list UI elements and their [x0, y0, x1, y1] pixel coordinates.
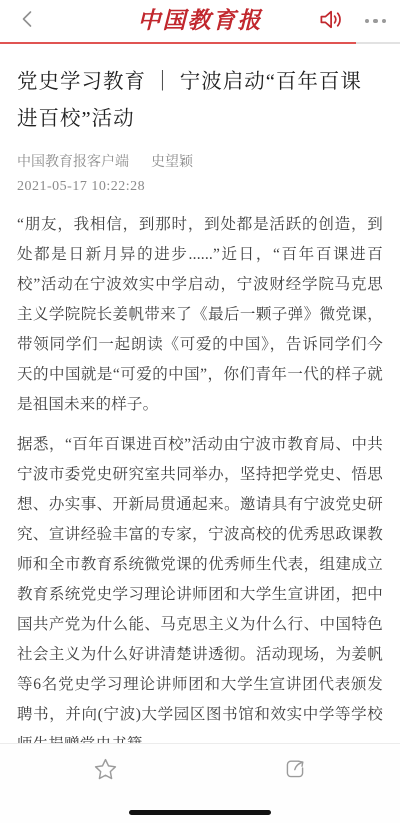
speaker-icon [318, 8, 345, 34]
home-indicator[interactable] [129, 810, 271, 815]
author-name: 史望颖 [151, 155, 193, 170]
top-nav-bar: 中国教育报 [0, 0, 400, 42]
back-button[interactable] [14, 7, 42, 35]
share-button[interactable] [282, 756, 308, 785]
ellipsis-icon [365, 19, 387, 24]
chevron-left-icon [18, 9, 38, 34]
publish-timestamp: 2021-05-17 10:22:28 [17, 179, 383, 195]
share-icon [282, 756, 308, 785]
more-menu-button[interactable] [365, 19, 387, 24]
favorite-button[interactable] [92, 756, 119, 786]
paragraph: “朋友，我相信，到那时，到处都是活跃的创造，到处都是日新月异的进步......”… [17, 210, 383, 420]
paragraph: 据悉，“百年百课进百校”活动由宁波市教育局、中共宁波市委党史研究室共同举办，坚持… [17, 430, 383, 760]
article-content: 党史学习教育 ｜ 宁波启动“百年百课进百校”活动 中国教育报客户端史望颖 202… [0, 44, 400, 790]
star-icon [92, 756, 119, 786]
byline: 中国教育报客户端史望颖 [17, 151, 383, 171]
article-title: 党史学习教育 ｜ 宁波启动“百年百课进百校”活动 [17, 64, 383, 138]
tts-speaker-button[interactable] [318, 8, 345, 34]
app-screen: 中国教育报 党史学习教育 ｜ 宁波启动“百年百课进百校”活动 中国 [0, 0, 400, 823]
source-name: 中国教育报客户端 [17, 155, 129, 170]
article-paragraphs: “朋友，我相信，到那时，到处都是活跃的创造，到处都是日新月异的进步......”… [17, 210, 383, 760]
